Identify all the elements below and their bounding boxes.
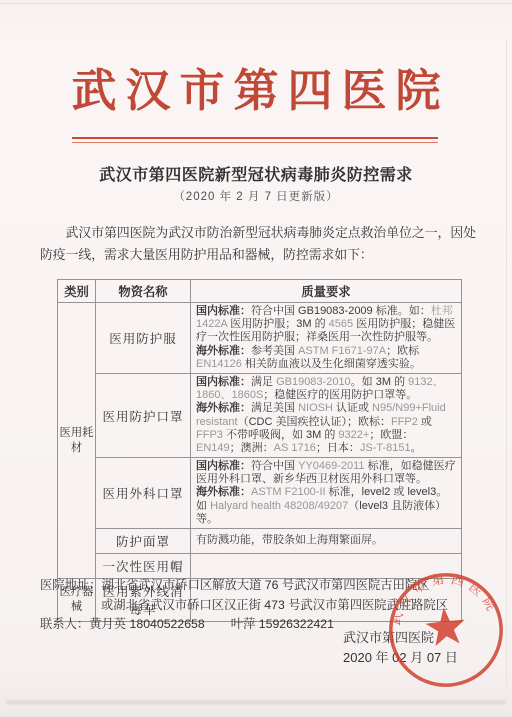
item-name-cell: 一次性医用帽 xyxy=(96,554,191,579)
scan-edge-bottom xyxy=(6,701,506,704)
requirements-table: 类别物资名称质量要求 医用耗材医用防护服国内标准：符合中国 GB19083-20… xyxy=(57,279,462,622)
table-row: 医用防护口罩国内标准：满足 GB19083-2010。如 3M 的 9132、1… xyxy=(58,373,462,457)
document-page: 武汉市第四医院 武汉市第四医院新型冠状病毒肺炎防控需求 （2020 年 2 月 … xyxy=(0,0,512,717)
contact-person-2: 叶萍 15926322421 xyxy=(231,617,334,631)
document-title: 武汉市第四医院新型冠状病毒肺炎防控需求 xyxy=(0,162,512,185)
column-header: 类别 xyxy=(58,280,96,303)
contact-label: 联系人： xyxy=(40,617,89,631)
signature-hospital-name: 武汉市第四医院 xyxy=(343,628,458,648)
table-header-row: 类别物资名称质量要求 xyxy=(58,280,462,303)
item-name-cell: 医用防护服 xyxy=(96,303,191,374)
banner-divider-rule xyxy=(72,137,438,143)
hospital-address-line1: 医院地址：湖北省武汉市硚口区解放大道 76 号武汉市第四医院古田院区 xyxy=(40,576,476,596)
table-body: 医用耗材医用防护服国内标准：符合中国 GB19083-2009 标准。如：杜邦 … xyxy=(58,303,462,622)
contact-person-1: 黄月英 18040522658 xyxy=(89,617,205,631)
requirement-cell: 国内标准：满足 GB19083-2010。如 3M 的 9132、1860、18… xyxy=(191,373,462,457)
hospital-address-line2: 或湖北省武汉市硚口区汉正街 473 号武汉市第四医院武胜路院区 xyxy=(40,596,476,616)
scan-edge-top xyxy=(0,3,512,4)
address-label: 医院地址： xyxy=(40,578,102,592)
column-header: 物资名称 xyxy=(96,280,191,303)
signature-date: 2020 年 02 月 07 日 xyxy=(343,648,458,668)
category-cell: 医用耗材 xyxy=(58,303,96,579)
item-name-cell: 医用防护口罩 xyxy=(96,373,191,457)
scan-edge-right xyxy=(506,40,507,687)
requirement-cell: 有防溅功能，带胶条如上海翔繁面屏。 xyxy=(191,529,462,554)
signature-block: 武汉市第四医院 2020 年 02 月 07 日 xyxy=(343,628,458,668)
requirement-cell: 国内标准：符合中国 YY0469-2011 标准，如稳健医疗医用外科口罩、新乡华… xyxy=(191,458,462,529)
document-subtitle: （2020 年 2 月 7 日更新版） xyxy=(0,188,512,204)
table-row: 医用耗材医用防护服国内标准：符合中国 GB19083-2009 标准。如：杜邦 … xyxy=(58,303,462,374)
table-row: 医用外科口罩国内标准：符合中国 YY0469-2011 标准，如稳健医疗医用外科… xyxy=(58,458,462,529)
column-header: 质量要求 xyxy=(191,280,462,303)
requirement-cell: 国内标准：符合中国 GB19083-2009 标准。如：杜邦 1422A 医用防… xyxy=(191,303,462,374)
hospital-banner-title: 武汉市第四医院 xyxy=(0,54,512,119)
footer-block: 医院地址：湖北省武汉市硚口区解放大道 76 号武汉市第四医院古田院区 或湖北省武… xyxy=(40,576,476,635)
item-name-cell: 医用外科口罩 xyxy=(96,458,191,529)
intro-paragraph: 武汉市第四医院为武汉市防治新型冠状病毒肺炎定点救治单位之一，因处防疫一线，需求大… xyxy=(40,222,476,267)
table-row: 防护面罩有防溅功能，带胶条如上海翔繁面屏。 xyxy=(58,529,462,554)
table-row: 一次性医用帽 xyxy=(58,554,462,579)
item-name-cell: 防护面罩 xyxy=(96,529,191,554)
address-value-1: 湖北省武汉市硚口区解放大道 76 号武汉市第四医院古田院区 xyxy=(102,578,430,592)
requirement-cell xyxy=(191,554,462,579)
